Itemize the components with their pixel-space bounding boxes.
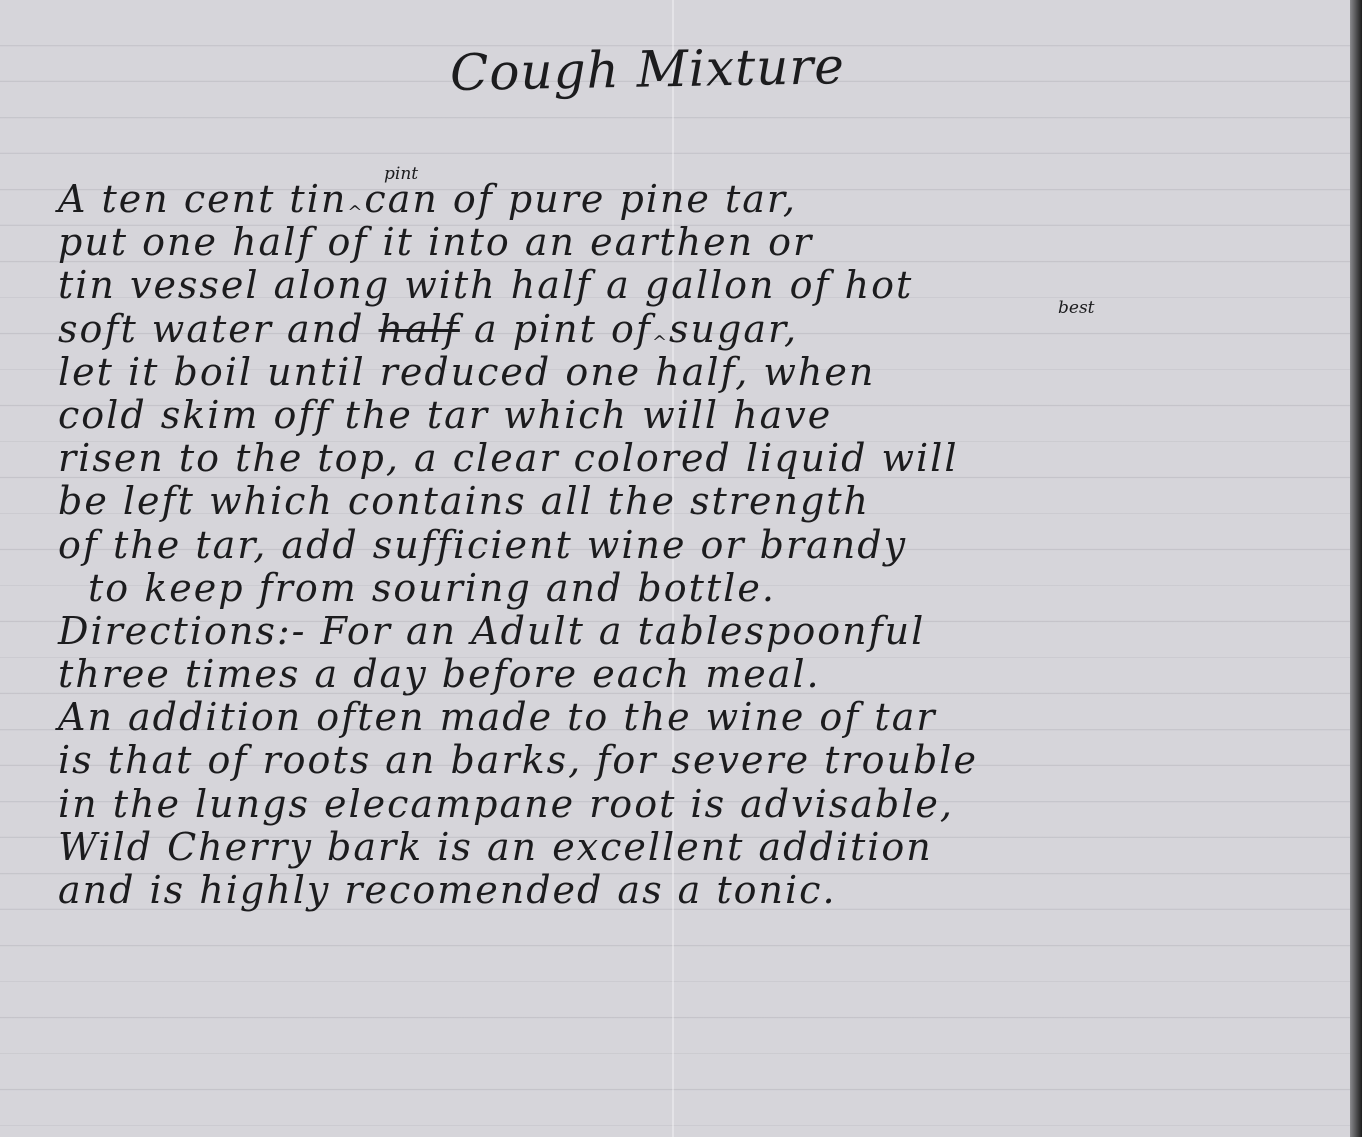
- line-segment: a pint of: [460, 307, 652, 351]
- recipe-body: A ten cent tin^can of pure pine tar, pin…: [58, 178, 1328, 912]
- page-edge-shadow: [1350, 0, 1362, 1137]
- text-line: in the lungs elecampane root is advisabl…: [58, 783, 1328, 826]
- line-segment: can of pure pine tar,: [364, 177, 797, 221]
- struck-word: half: [379, 307, 460, 351]
- handwritten-page: Cough Mixture A ten cent tin^can of pure…: [0, 0, 1350, 1137]
- recipe-title: Cough Mixture: [450, 36, 911, 102]
- text-line: of the tar, add sufficient wine or brand…: [58, 524, 1328, 567]
- text-line: A ten cent tin^can of pure pine tar, pin…: [58, 178, 1328, 221]
- line-segment: A ten cent tin: [58, 177, 347, 221]
- text-line: three times a day before each meal.: [58, 653, 1328, 696]
- text-line: let it boil until reduced one half, when: [58, 351, 1328, 394]
- text-line: Directions:- For an Adult a tablespoonfu…: [58, 610, 1328, 653]
- inserted-word: pint: [384, 166, 418, 183]
- text-line: is that of roots an barks, for severe tr…: [58, 739, 1328, 782]
- inserted-word: best: [1058, 300, 1095, 317]
- text-line: An addition often made to the wine of ta…: [58, 696, 1328, 739]
- text-line: cold skim off the tar which will have: [58, 394, 1328, 437]
- line-segment: sugar,: [669, 307, 798, 351]
- line-segment: soft water and: [58, 307, 379, 351]
- text-line: Wild Cherry bark is an excellent additio…: [58, 826, 1328, 869]
- text-line: be left which contains all the strength: [58, 480, 1328, 523]
- text-line: tin vessel along with half a gallon of h…: [58, 264, 1328, 307]
- text-line: put one half of it into an earthen or: [58, 221, 1328, 264]
- text-line: risen to the top, a clear colored liquid…: [58, 437, 1328, 480]
- text-line: and is highly recomended as a tonic.: [58, 869, 1328, 912]
- text-line: soft water and half a pint of^sugar, bes…: [58, 308, 1328, 351]
- text-line: to keep from souring and bottle.: [58, 567, 1328, 610]
